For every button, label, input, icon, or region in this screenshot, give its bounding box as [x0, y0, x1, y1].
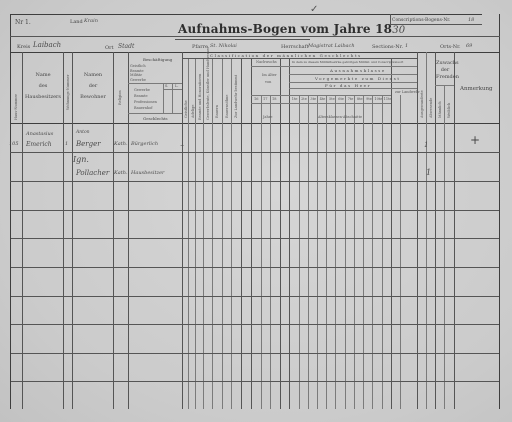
col-line — [195, 58, 196, 409]
col-line-anmerkung — [454, 52, 455, 409]
orts-label: Orts-Nr. — [440, 44, 461, 50]
religion-head: Religion — [118, 90, 122, 105]
reserve-col: 4te — [318, 97, 327, 101]
col-line-stand — [182, 52, 183, 409]
bewohner-head-1: Namen — [74, 72, 112, 78]
row1-haus-nummer: 105 — [9, 141, 19, 147]
kreis-value: Laibach — [33, 41, 61, 49]
ausnahme-line — [289, 74, 417, 75]
besitzer-head-1: Name — [24, 72, 62, 78]
conscriptions-label: Conscriptions-Bogens-Nr. — [392, 18, 450, 23]
col-line — [363, 95, 364, 409]
row2-beschaeftigung: Hausbesitzer — [131, 170, 164, 176]
class-col: Beamte und Honoratioren — [198, 74, 202, 120]
col-line-haus — [22, 52, 23, 409]
frame-left — [10, 14, 11, 209]
row-line — [10, 296, 500, 297]
col-line — [241, 58, 242, 409]
zuwachs-maennlich: Männlich — [438, 101, 442, 118]
year-value: 30 — [392, 25, 405, 36]
row-line — [10, 210, 500, 211]
frame-right-lower — [499, 208, 500, 409]
vorgemerkt-head: Vorgemerkte zum Dienst — [315, 76, 401, 81]
heer-head: Für das Heer — [325, 83, 371, 88]
age-18: 18 — [272, 97, 276, 101]
conscriptions-divider — [390, 14, 391, 24]
nachwuchs-head: Nachwuchs — [256, 60, 277, 64]
col-line — [435, 52, 436, 409]
reserve-col: 10te — [374, 97, 383, 101]
agecols-line — [251, 95, 391, 96]
header-divider — [10, 36, 500, 37]
col-line — [270, 95, 271, 409]
pfarre-value: St. Nikolai — [210, 43, 237, 49]
stand-col-l: L. — [175, 84, 178, 88]
wohnung-head: Wohnungs-Nummer — [66, 75, 70, 110]
col-line-wohnung — [72, 52, 73, 409]
col-line — [299, 95, 300, 409]
bewohner-head: Namen der Bewohner — [74, 72, 112, 100]
conscriptions-value: 18 — [468, 17, 474, 23]
besch-subheads: Geistlich Beamte Militär Gewerbe — [130, 64, 146, 82]
row-line — [10, 152, 500, 153]
von-label: von — [265, 80, 271, 84]
row1-bewohner-top: Anton — [76, 130, 90, 135]
zuwachs-1: Zuwachs — [436, 60, 454, 67]
row-line — [10, 267, 500, 268]
kreis-label: Kreis — [17, 44, 30, 50]
row1-besitzer: Emerich — [26, 141, 52, 148]
zuwachs-2: der — [436, 67, 454, 74]
col-line — [188, 58, 189, 409]
col-line — [417, 52, 418, 409]
besitzer-head-2: des — [24, 83, 62, 89]
geschlecht-footer: Geschlechts — [143, 116, 168, 121]
col-line — [261, 95, 262, 409]
col-line-religion — [128, 52, 129, 409]
row2-bewohner-top: Ign. — [73, 155, 89, 164]
reserve-col: 11te — [383, 97, 392, 101]
title-underline — [175, 39, 310, 40]
altersklasse-label: Altersklassen-Abschnitte — [318, 115, 362, 119]
col-line — [444, 85, 445, 409]
col-line — [400, 95, 401, 409]
age-16: 16 — [254, 97, 258, 101]
alter-label: Im Alter — [262, 73, 277, 77]
form-title: Aufnahms-Bogen vom Jahre 1830 — [178, 22, 405, 36]
besch-vline — [172, 83, 173, 113]
klassifikation-head: Classification der männlichen Geschlecht… — [210, 53, 362, 58]
besch-stand-line — [163, 89, 182, 90]
col-line — [426, 52, 427, 409]
age-17: 17 — [263, 97, 267, 101]
reserve-col: 3te — [309, 97, 318, 101]
col-line — [203, 58, 204, 409]
reserve-col: 7te — [346, 97, 355, 101]
ort-label: Ort — [105, 45, 114, 51]
col-line — [212, 58, 213, 409]
class-col: Adelige — [191, 105, 195, 118]
col-line-center — [251, 58, 252, 409]
class-col: Bauernsöhne — [225, 95, 229, 118]
number-label: Nr 1. — [15, 19, 31, 26]
jahre-label: Jahre — [263, 115, 273, 119]
bewohner-head-2: der — [74, 83, 112, 89]
orts-value: 69 — [466, 43, 472, 49]
reserve-cols: 1te 2te 3te 4te 5te 6te 7te 8te 9te 10te… — [290, 97, 392, 101]
col-line — [308, 95, 309, 409]
reserve-col: 5te — [327, 97, 336, 101]
stand-label: Bauernhof — [134, 105, 157, 111]
row1-wohnung: 1 — [65, 141, 68, 147]
frame-left-lower — [10, 208, 11, 409]
bewohner-head-3: Bewohner — [74, 94, 112, 100]
stand-col-s: S. — [165, 84, 168, 88]
zuwachs-head: Zuwachs der Fremden — [436, 60, 454, 81]
reserve-col: 9te — [364, 97, 373, 101]
landwehr-label: zur Landwehr — [395, 90, 420, 94]
reserve-col: 1te — [290, 97, 299, 101]
herrschaft-label: Herrschaft — [281, 44, 309, 50]
row1-beschaeftigung: Bürgerlich — [131, 141, 158, 147]
ausnahme-head: Ausnahmsklasse — [330, 68, 386, 73]
row-line — [10, 381, 500, 382]
col-line — [317, 95, 318, 409]
col-line — [335, 95, 336, 409]
class-col: Gewerbsleute, Künstler und Handwerker — [206, 47, 210, 120]
zuwachs-3: Fremden — [436, 74, 454, 81]
anmerkung-head: Anmerkung — [460, 86, 493, 92]
agecols-bottom — [251, 103, 391, 104]
nachwuchs-line — [251, 66, 291, 67]
col-line — [326, 95, 327, 409]
row1-cross: + — [470, 133, 480, 147]
reserve-col: 8te — [355, 97, 364, 101]
sections-value: 1 — [405, 43, 408, 49]
landwehr-line — [391, 88, 417, 89]
frame-right — [499, 14, 500, 209]
title-text: Aufnahms-Bogen vom Jahre 18 — [178, 22, 392, 36]
militaer-head: In dem zu diesem Militärbezirke gehörige… — [292, 60, 403, 64]
col-line — [222, 58, 223, 409]
check-mark: ✓ — [310, 4, 318, 15]
ausgewanderte-head: Ausgewanderte — [420, 90, 424, 118]
reserve-col: 6te — [336, 97, 345, 101]
row2-bewohner: Pollacher — [76, 169, 109, 177]
land-label: Land — [70, 19, 83, 25]
row1-mark: 1 — [424, 141, 428, 149]
abwesende-head: Abwesende — [429, 98, 433, 118]
row-line — [10, 324, 500, 325]
haus-nummer-head: Haus-Nummer — [14, 94, 18, 120]
besch-vline — [163, 83, 164, 113]
class-header-line — [182, 58, 417, 59]
row-line — [10, 238, 500, 239]
row-line — [10, 353, 500, 354]
conscriptions-underline — [390, 24, 482, 25]
col-line — [280, 58, 281, 409]
herrschaft-value: Magistrat Laibach — [308, 43, 355, 49]
col-line — [289, 58, 290, 409]
land-value: Krain — [84, 18, 98, 24]
besch-sub: Geistlich — [130, 64, 146, 69]
row-line — [10, 181, 500, 182]
col-line — [354, 95, 355, 409]
reserve-col: 2te — [299, 97, 308, 101]
document-page: Nr 1. Land Krain Aufnahms-Bogen vom Jahr… — [0, 0, 512, 422]
zuwachs-weiblich: Weiblich — [447, 103, 451, 118]
militaer-line — [289, 66, 417, 67]
row1-besitzer-top: Anastasius — [26, 131, 53, 137]
class-col: Geistliche — [184, 100, 188, 118]
besch-line — [128, 83, 182, 84]
row1-bewohner: Berger — [76, 140, 101, 148]
class-col: Bauern — [215, 105, 219, 118]
ort-value: Stadt — [118, 43, 134, 50]
col-line — [231, 58, 232, 409]
zuwachs-line — [435, 85, 454, 86]
col-line — [391, 58, 392, 409]
besch-footer-line — [128, 113, 182, 114]
sections-label: Sections-Nr. — [372, 44, 403, 50]
row2-religion: Kath. — [114, 170, 128, 176]
row1-religion: Kath. — [114, 141, 128, 147]
stand-labels: Gewerbe Beamte Professionen Bauernhof — [134, 87, 157, 111]
col-line — [372, 95, 373, 409]
col-line — [345, 95, 346, 409]
besch-sub: Gewerbe — [130, 78, 146, 83]
besitzer-head: Name des Hausbesitzers — [24, 72, 62, 100]
row1-dash: ~ — [180, 143, 184, 149]
heer-line — [289, 88, 391, 89]
col-line-bewohner — [113, 52, 114, 409]
col-line — [382, 95, 383, 409]
row2-mark: 1 — [426, 168, 431, 177]
beschaeftigung-head: Beschäftigung — [143, 57, 172, 62]
frame-top — [10, 14, 482, 15]
besitzer-head-3: Hausbesitzers — [24, 94, 62, 100]
col-line-besitzer — [63, 52, 64, 409]
class-col: Zur Landwehr bestimmt — [234, 75, 238, 118]
